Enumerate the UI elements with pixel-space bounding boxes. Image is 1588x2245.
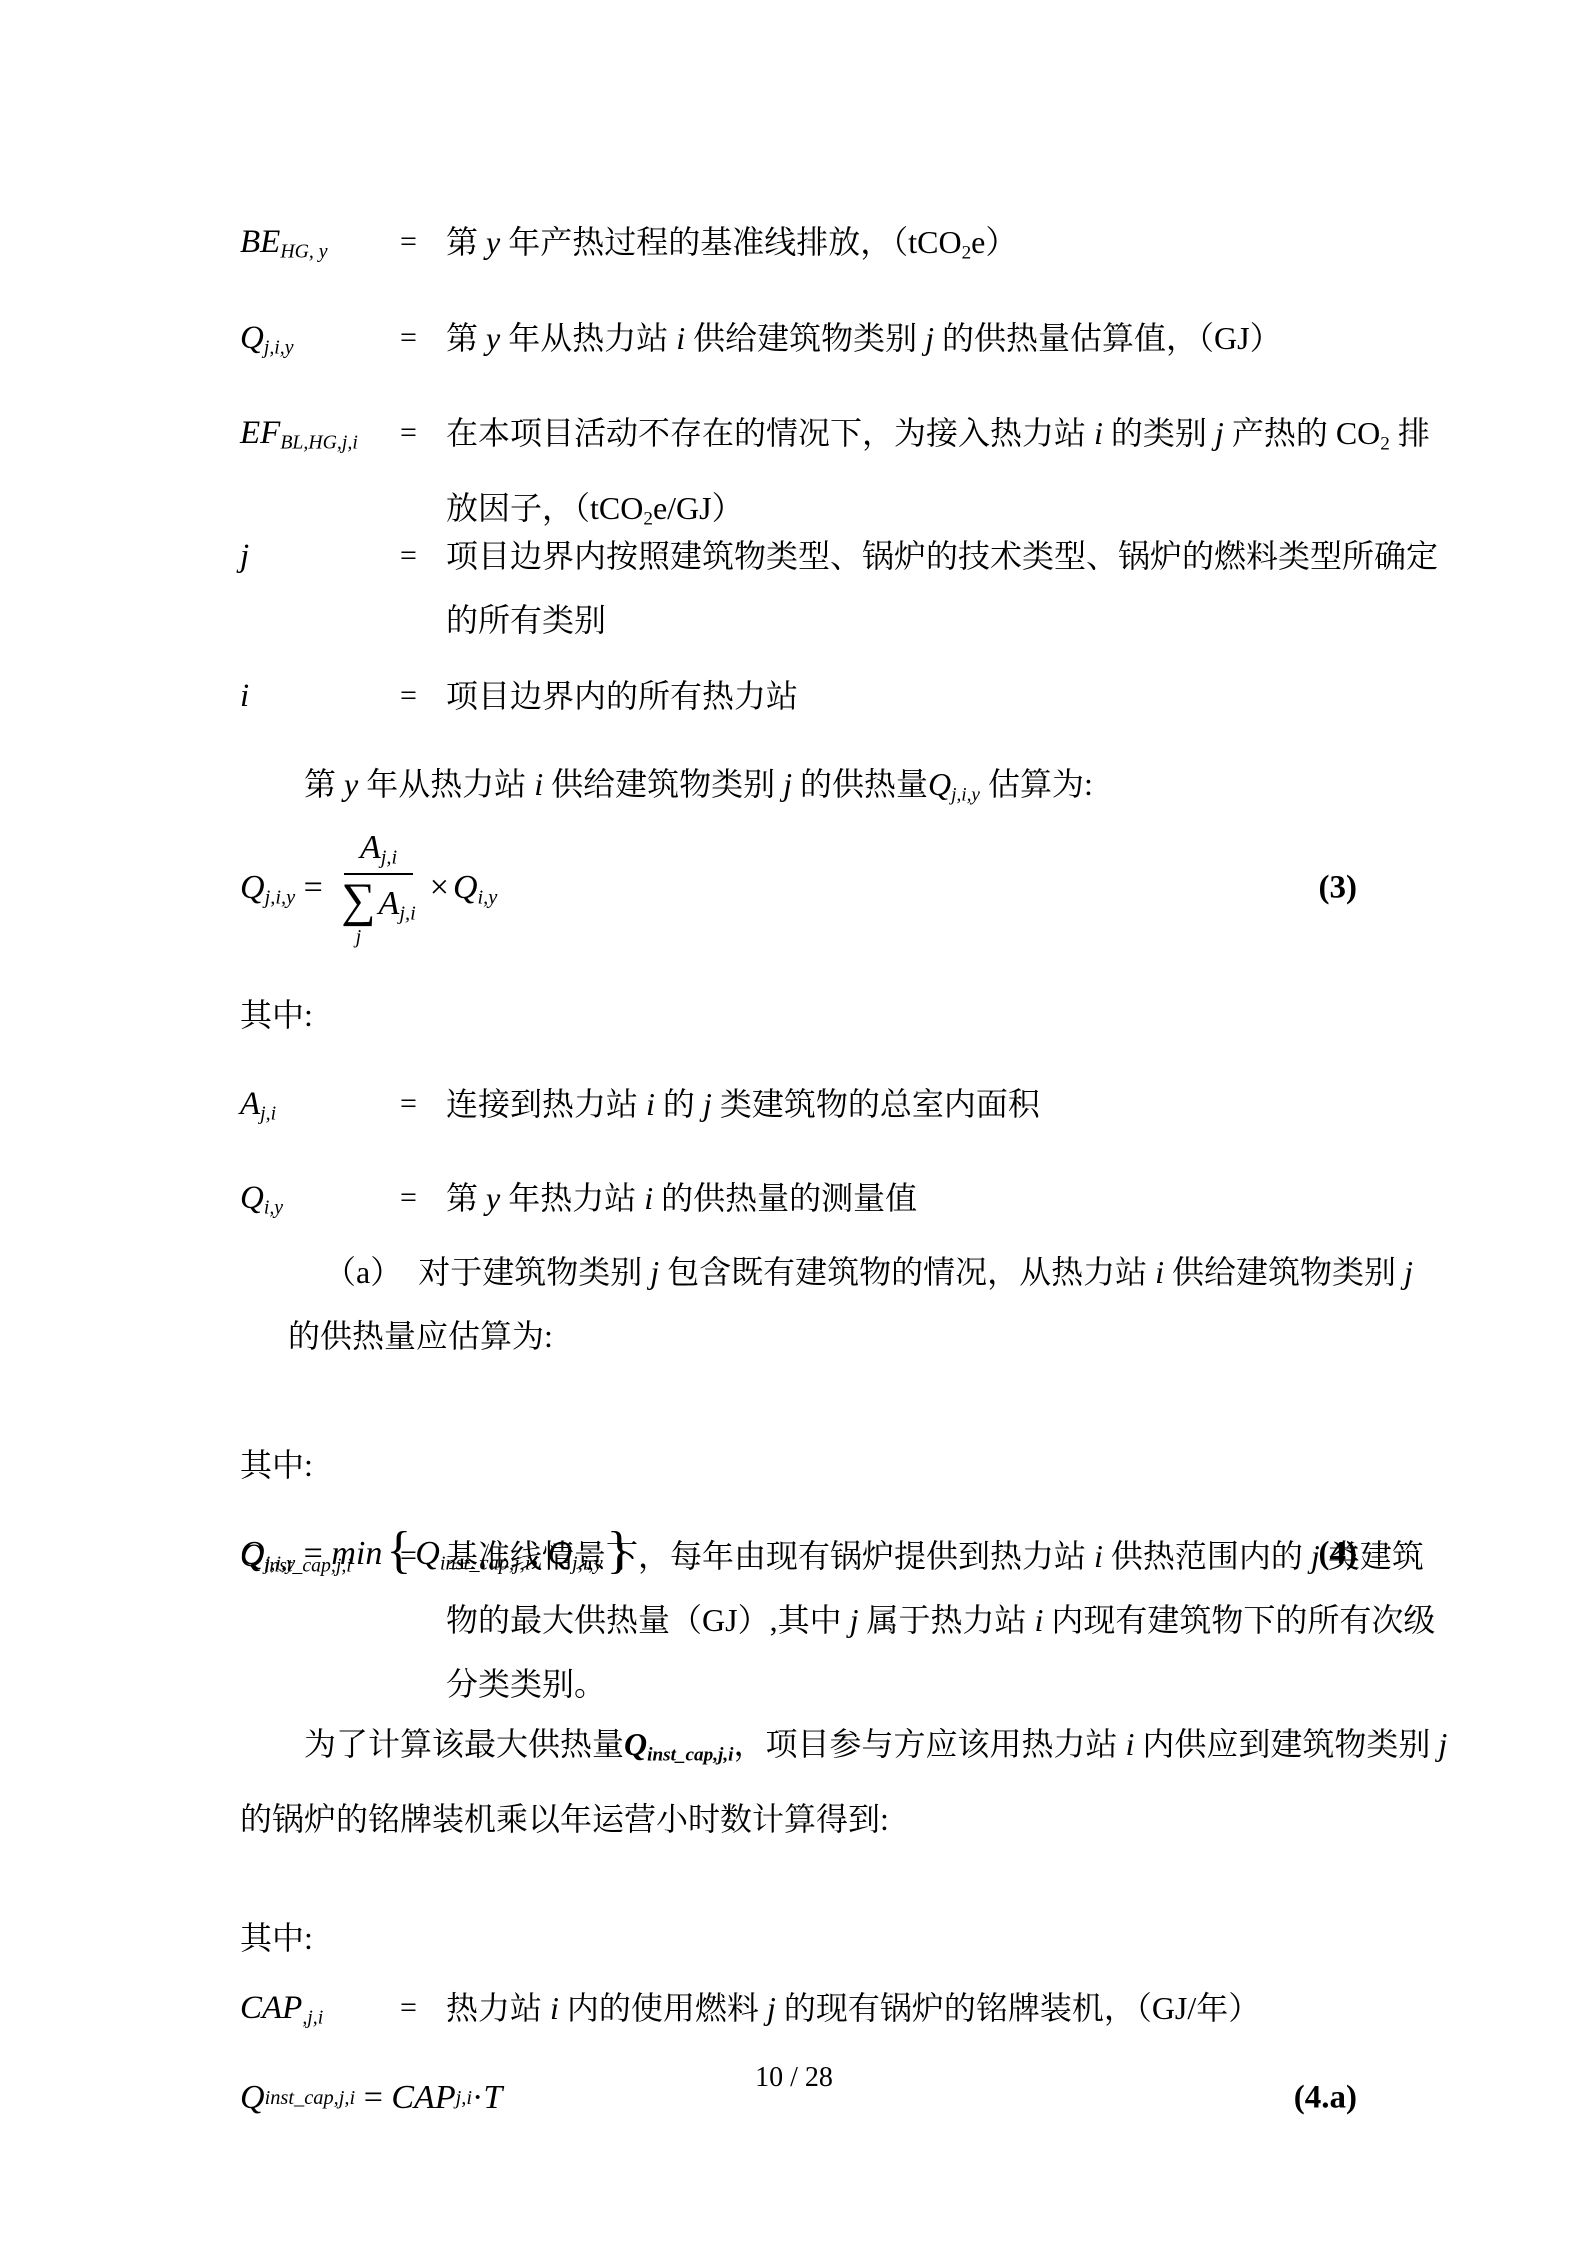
variable-label: j [240, 524, 400, 652]
definition-row-qiy: Qi,y = 第 y 年热力站 i 的供热量的测量值 [240, 1166, 1452, 1240]
variable-label: Qinst_cap,j,i [240, 1524, 400, 1716]
paragraph-case-a: （a） 对于建筑物类别 j 包含既有建筑物的情况，从热力站 i 供给建筑物类别 … [288, 1240, 1452, 1368]
fraction-numerator: Aj,i [344, 829, 413, 875]
definition-row-qinstcap: Qinst_cap,j,i = 基准线情景下，每年由现有锅炉提供到热力站 i 供… [240, 1524, 1452, 1716]
multiplication-sign: × [430, 864, 449, 912]
equals-sign: = [400, 306, 446, 380]
variable-description: 热力站 i 内的使用燃料 j 的现有锅炉的铭牌装机，（GJ/年） [446, 1976, 1451, 2050]
definition-row-cap: CAP,j,i = 热力站 i 内的使用燃料 j 的现有锅炉的铭牌装机，（GJ/… [240, 1976, 1452, 2050]
equals-sign: = [400, 1976, 446, 2050]
formula-3-rhs: Qi,y [453, 864, 497, 912]
formula-3-lhs: Qj,i,y = [240, 864, 331, 912]
denominator-term: Aj,i [379, 887, 416, 924]
variable-label: BEHG, y [240, 210, 400, 285]
sigma-symbol: ∑ [341, 879, 375, 922]
equals-sign: = [400, 524, 446, 652]
variable-description: 项目边界内的所有热力站 [446, 664, 1451, 728]
page-number: 10 / 28 [0, 2062, 1588, 2094]
paragraph-calculation: 为了计算该最大供热量Qinst_cap,j,i，项目参与方应该用热力站 i 内供… [240, 1712, 1452, 1851]
document-page: BEHG, y = 第 y 年产热过程的基准线排放，（tCO2e） Qj,i,y… [0, 0, 1588, 2245]
variable-label: CAP,j,i [240, 1976, 400, 2050]
definition-row-j: j = 项目边界内按照建筑物类型、锅炉的技术类型、锅炉的燃料类型所确定的所有类别 [240, 524, 1452, 652]
summation: ∑ j [341, 879, 375, 946]
definition-row-be: BEHG, y = 第 y 年产热过程的基准线排放，（tCO2e） [240, 210, 1452, 285]
where-label: 其中: [240, 1918, 1452, 1958]
formula-3-number: (3) [1319, 870, 1357, 907]
variable-description: 项目边界内按照建筑物类型、锅炉的技术类型、锅炉的燃料类型所确定的所有类别 [446, 524, 1451, 652]
variable-label: Qi,y [240, 1166, 400, 1240]
where-label: 其中: [240, 1445, 1452, 1485]
variable-description: 连接到热力站 i 的 j 类建筑物的总室内面积 [446, 1072, 1451, 1146]
variable-description: 第 y 年热力站 i 的供热量的测量值 [446, 1166, 1451, 1240]
equals-sign: = [400, 1524, 446, 1716]
variable-label: i [240, 664, 400, 728]
definition-row-aji: Aj,i = 连接到热力站 i 的 j 类建筑物的总室内面积 [240, 1072, 1452, 1146]
equals-sign: = [400, 664, 446, 728]
fraction: Aj,i ∑ j Aj,i [341, 829, 415, 946]
variable-description: 第 y 年从热力站 i 供给建筑物类别 j 的供热量估算值，（GJ） [446, 306, 1451, 380]
definition-row-i: i = 项目边界内的所有热力站 [240, 664, 1452, 728]
formula-3: Qj,i,y = Aj,i ∑ j Aj,i × Qi,y (3) [240, 798, 1452, 978]
sigma-index: j [356, 927, 362, 947]
variable-label: Aj,i [240, 1072, 400, 1146]
formula-3-expression: Qj,i,y = Aj,i ∑ j Aj,i × Qi,y [240, 798, 1452, 978]
variable-description: 基准线情景下，每年由现有锅炉提供到热力站 i 供热范围内的 j 类建筑物的最大供… [446, 1524, 1451, 1716]
equals-sign: = [400, 210, 446, 285]
where-label: 其中: [240, 995, 1452, 1035]
equals-sign: = [400, 1072, 446, 1146]
equals-sign: = [400, 1166, 446, 1240]
definition-row-qjiy: Qj,i,y = 第 y 年从热力站 i 供给建筑物类别 j 的供热量估算值，（… [240, 306, 1452, 380]
fraction-denominator: ∑ j Aj,i [341, 875, 415, 946]
variable-label: Qj,i,y [240, 306, 400, 380]
variable-description: 第 y 年产热过程的基准线排放，（tCO2e） [446, 210, 1451, 285]
